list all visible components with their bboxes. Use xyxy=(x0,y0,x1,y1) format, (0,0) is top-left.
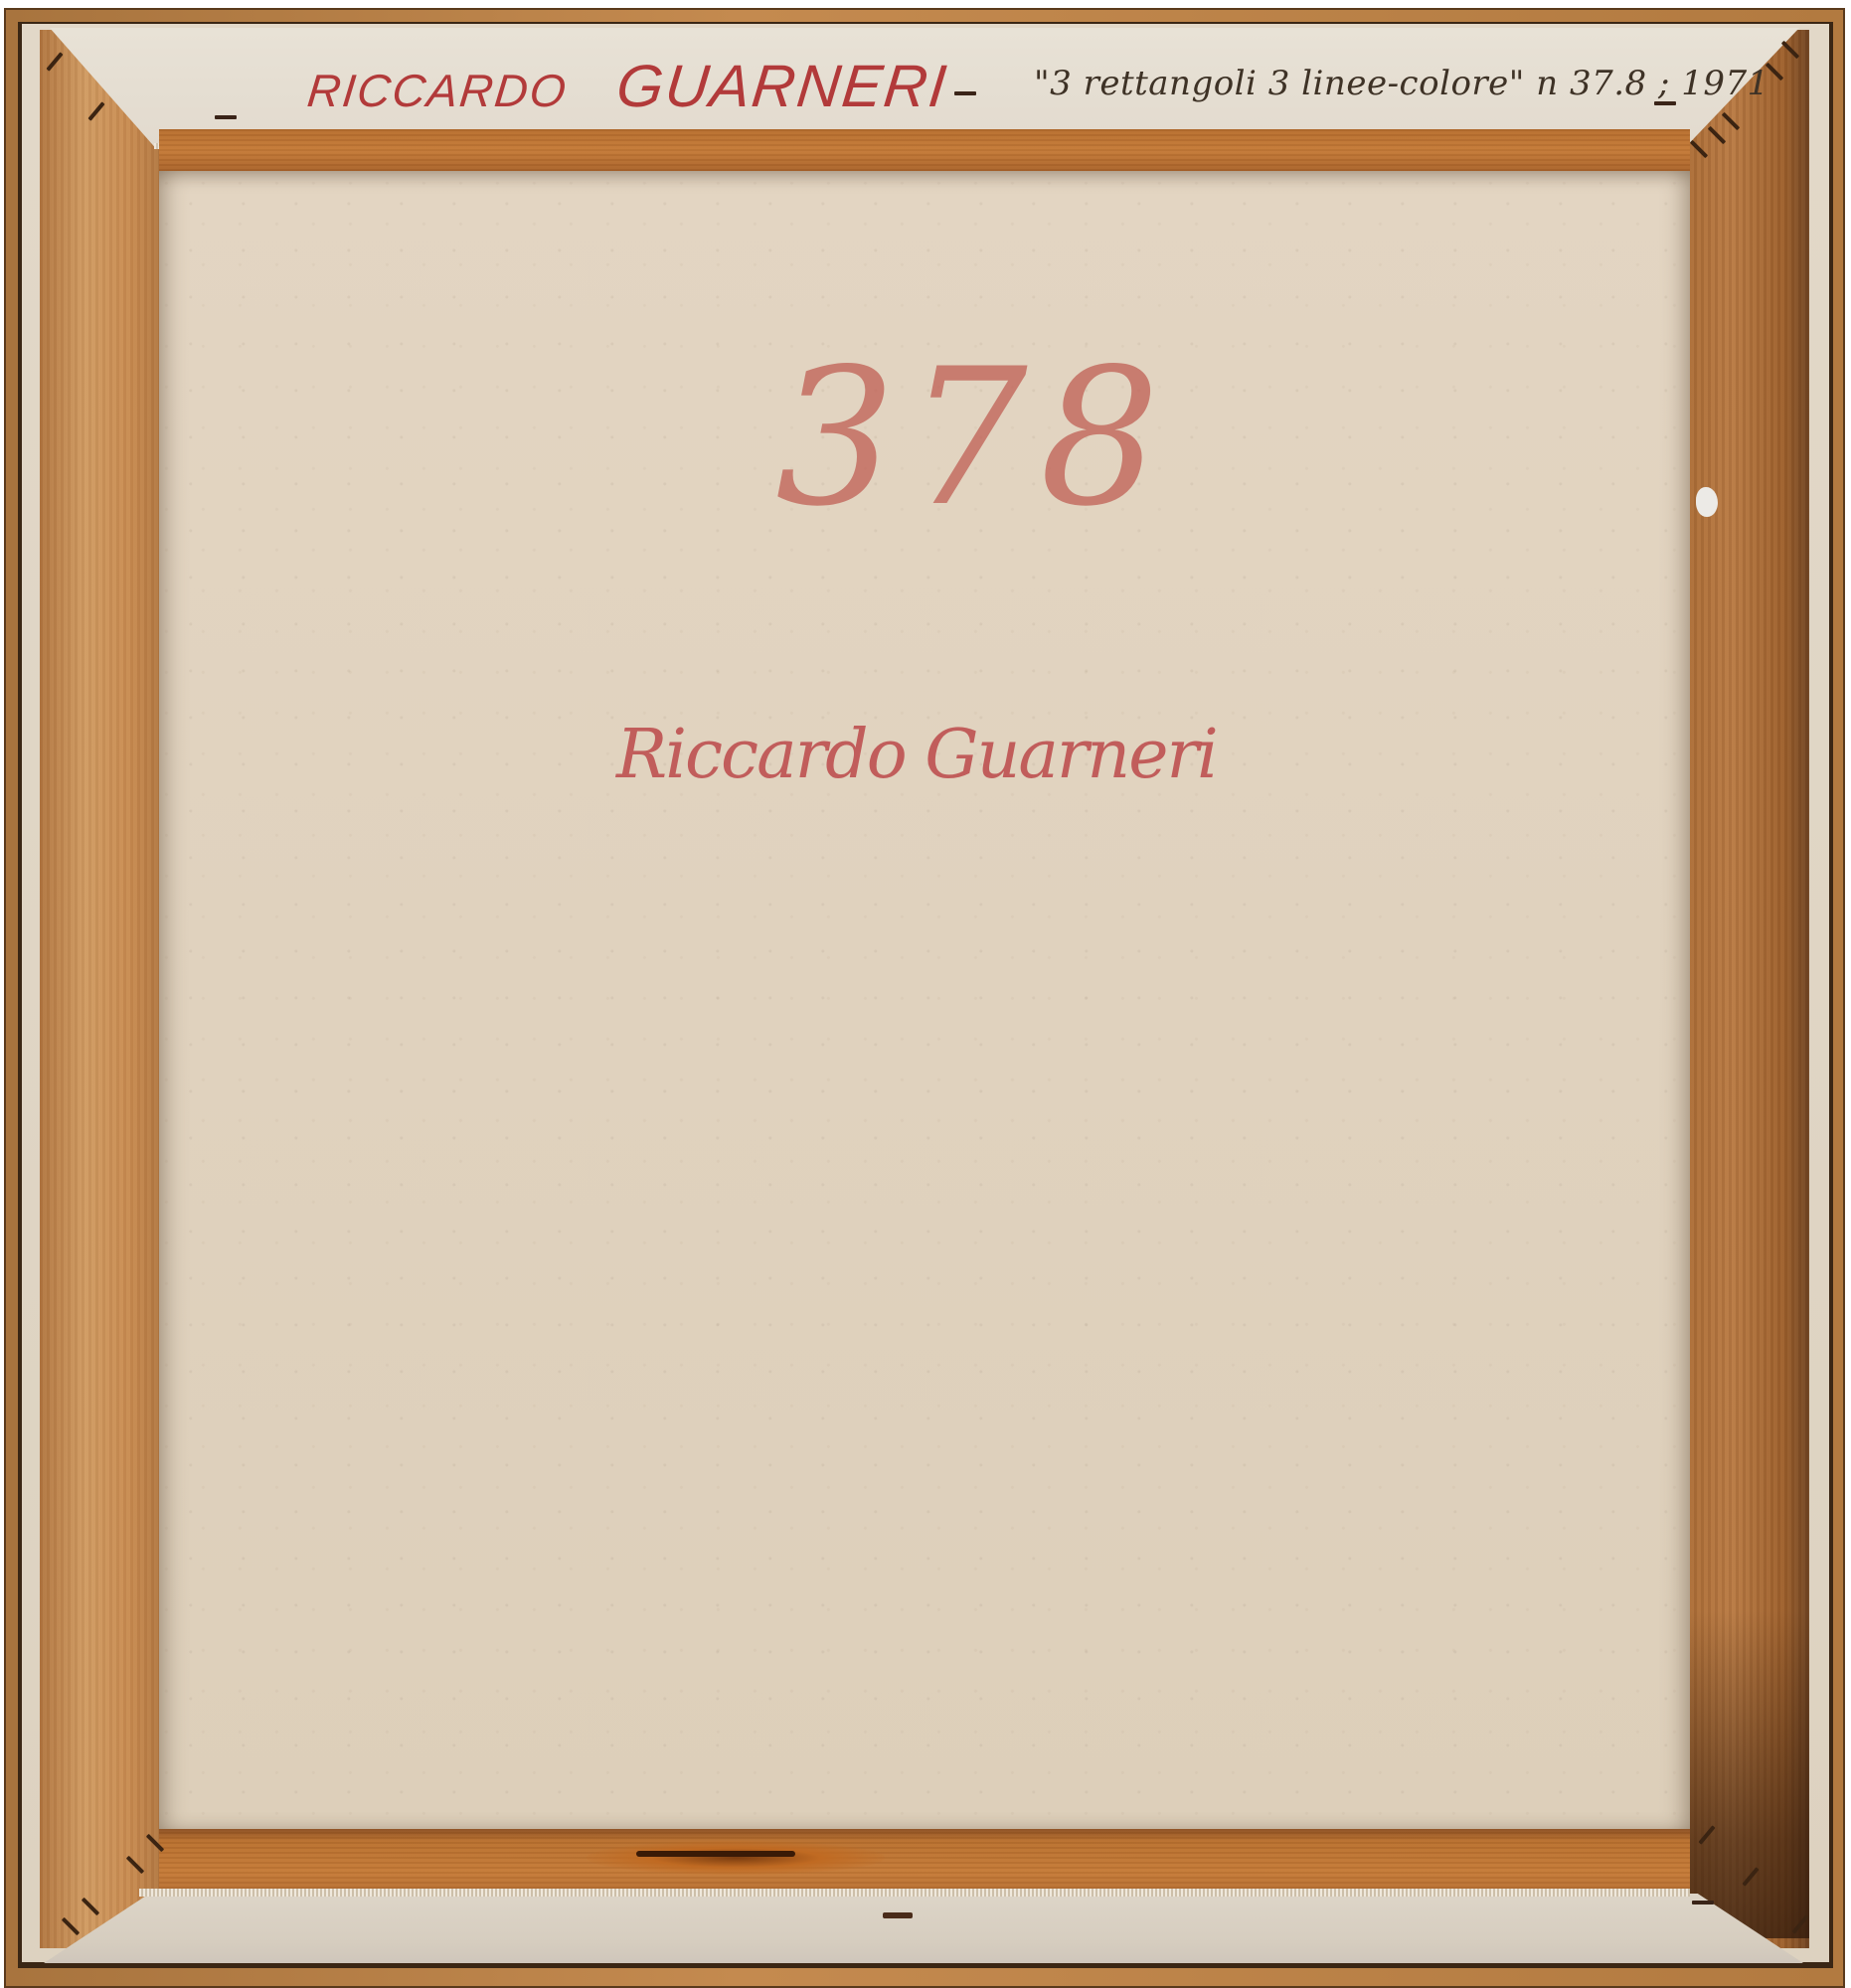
dash-mark xyxy=(215,115,237,119)
dash-mark xyxy=(883,1912,913,1918)
artist-last-name: GUARNERI xyxy=(613,53,951,119)
artwork-title: "3 rettangoli 3 linee-colore" xyxy=(1034,64,1525,103)
title-inscription: "3 rettangoli 3 linee-colore" n 37.8 ; 1… xyxy=(1034,64,1769,103)
artist-name-inscription: RICCARDO GUARNERI xyxy=(304,52,951,120)
frayed-edge-bottom xyxy=(139,1889,1690,1897)
painting-back-photo: RICCARDO GUARNERI "3 rettangoli 3 linee-… xyxy=(0,0,1851,1988)
dash-mark xyxy=(954,91,976,95)
artist-first-name: RICCARDO xyxy=(305,65,571,116)
wood-stain xyxy=(1680,1610,1809,1938)
artwork-number: n 37.8 xyxy=(1536,64,1646,103)
separator: ; xyxy=(1658,64,1670,103)
stretcher-bar-left xyxy=(40,30,169,1948)
wood-crack xyxy=(636,1851,795,1857)
bottom-canvas-flap xyxy=(44,1894,1803,1963)
wood-knot xyxy=(587,1841,885,1875)
dash-mark xyxy=(1692,1901,1714,1905)
catalog-number-inscription: 378 xyxy=(775,328,1172,548)
artwork-year: 1971 xyxy=(1681,64,1769,103)
artist-signature: Riccardo Guarneri xyxy=(616,716,1217,794)
stretcher-bar-top xyxy=(159,129,1690,171)
paint-spot xyxy=(1696,487,1718,517)
